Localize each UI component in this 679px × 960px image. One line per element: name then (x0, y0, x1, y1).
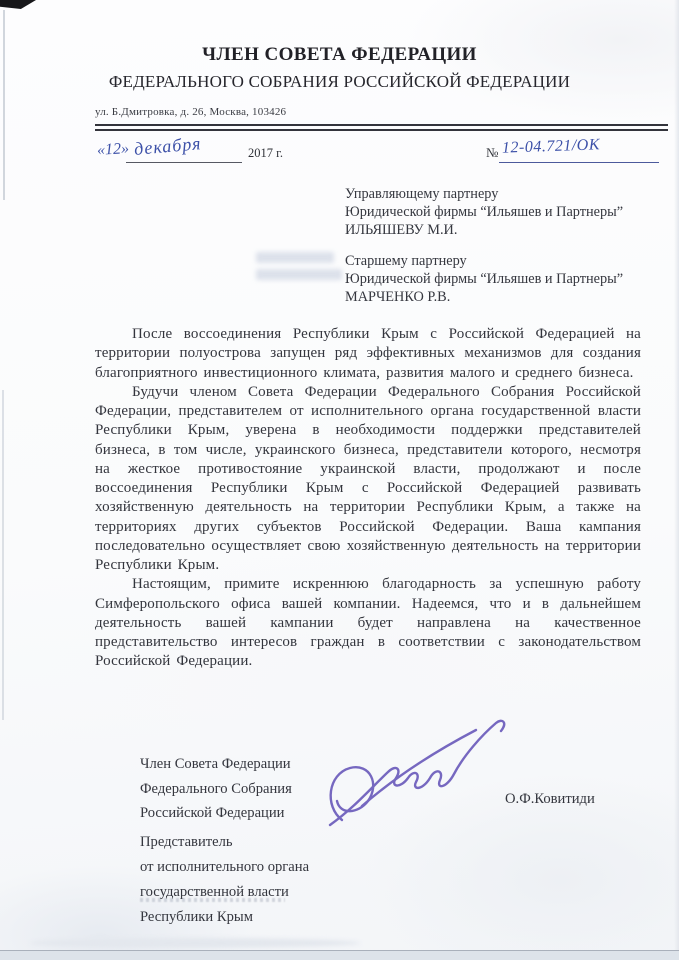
recipient-role: Управляющему партнеру (345, 186, 623, 204)
footer-bleed-artifact (140, 898, 285, 902)
recipient-managing-partner: Управляющему партнеру Юридической фирмы … (345, 186, 623, 240)
signature-ink (322, 708, 522, 830)
recipients-block: Управляющему партнеру Юридической фирмы … (345, 186, 623, 306)
letterhead-double-rule (95, 124, 668, 131)
scan-bottom-edge (0, 950, 679, 960)
body-paragraph: Будучи членом Совета Федерации Федеральн… (95, 383, 641, 576)
handwritten-day: «12» (97, 140, 130, 160)
mandate-line: Республики Крым (140, 905, 309, 930)
recipient-name: ИЛЬЯШЕВУ М.И. (345, 222, 623, 240)
signer-position-line: Член Совета Федерации (140, 752, 292, 777)
signer-position-block: Член Совета Федерации Федерального Собра… (140, 752, 292, 826)
signer-name: О.Ф.Ковитиди (505, 791, 595, 808)
mandate-line: Представитель (140, 830, 309, 855)
scan-edge-shadow (674, 0, 679, 960)
signer-position-line: Российской Федерации (140, 801, 292, 826)
bleed-through-artifact (256, 252, 346, 298)
recipient-senior-partner: Старшему партнеру Юридической фирмы “Иль… (345, 253, 623, 307)
reference-number-underline (499, 162, 659, 163)
mandate-line: от исполнительного органа (140, 855, 309, 880)
recipient-name: МАРЧЕНКО Р.В. (345, 289, 623, 307)
letter-body: После воссоединения Республики Крым с Ро… (95, 325, 641, 672)
handwritten-reference-number: 12-04.721/ОК (502, 136, 601, 157)
printed-year: 2017 г. (248, 146, 283, 161)
recipient-firm: Юридической фирмы “Ильяшев и Партнеры” (345, 204, 623, 222)
letterhead-address: ул. Б.Дмитровка, д. 26, Москва, 103426 (95, 106, 286, 118)
handwritten-month: декабря (133, 133, 202, 160)
recipient-firm: Юридической фирмы “Ильяшев и Партнеры” (345, 271, 623, 289)
scan-edge-line (2, 390, 4, 720)
signer-mandate-block: Представитель от исполнительного органа … (140, 830, 309, 930)
signer-position-line: Федерального Собрания (140, 777, 292, 802)
letterhead-title-line2: ФЕДЕРАЛЬНОГО СОБРАНИЯ РОССИЙСКОЙ ФЕДЕРАЦ… (0, 72, 679, 92)
letterhead-title-line1: ЧЛЕН СОВЕТА ФЕДЕРАЦИИ (0, 44, 679, 66)
number-sign-label: № (486, 145, 498, 161)
scan-corner-artifact (0, 0, 36, 9)
scan-edge-line (3, 10, 5, 200)
body-paragraph: После воссоединения Республики Крым с Ро… (95, 325, 641, 383)
scan-bottom-smudge (30, 938, 360, 948)
body-paragraph: Настоящим, примите искреннюю благодарнос… (95, 575, 641, 671)
recipient-role: Старшему партнеру (345, 253, 623, 271)
month-underline (126, 162, 242, 163)
scanned-letter-page: ЧЛЕН СОВЕТА ФЕДЕРАЦИИ ФЕДЕРАЛЬНОГО СОБРА… (0, 0, 679, 960)
